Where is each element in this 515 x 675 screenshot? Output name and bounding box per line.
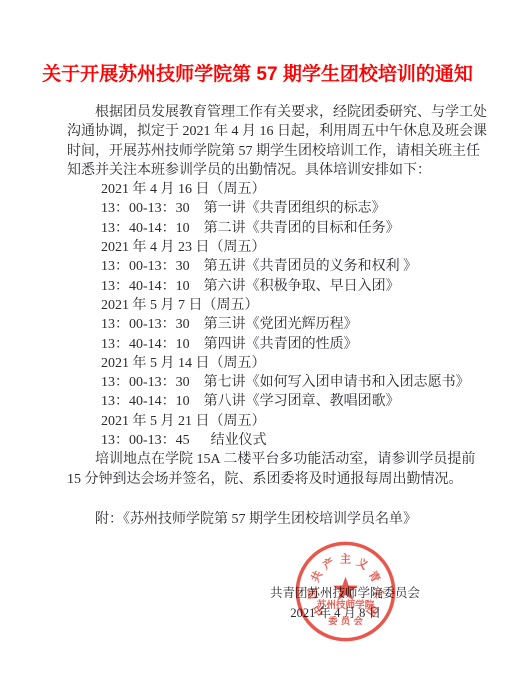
text-line: 2021 年 5 月 21 日（周五） [67,412,446,431]
text-line: 13：00-13：30 第五讲《共青团员的义务和权利 》 [67,257,446,276]
text-line: 沟通协调，拟定于 2021 年 4 月 16 日起，利用周五中午休息及班会课 [67,122,446,141]
signature-organization: 共青团苏州技师学院委员会 [67,584,446,603]
notice-document: 关于开展苏州技师学院第 57 期学生团校培训的通知 根据团员发展教育管理工作有关… [0,0,515,675]
text-line: 2021 年 4 月 16 日（周五） [67,180,446,199]
text-line: 时间，开展苏州技师学院第 57 期学生团校培训工作，请相关班主任 [67,142,446,161]
attachment-note: 附：《苏州技师学院第 57 期学生团校培训学员名单》 [67,510,446,529]
text-line: 13：40-14：10 第四讲《共青团的性质》 [67,335,446,354]
text-line: 13：00-13：45 结业仪式 [67,431,446,450]
text-line: 知悉并关注本班参训学员的出勤情况。具体培训安排如下： [67,161,446,180]
text-line: 根据团员发展教育管理工作有关要求，经院团委研究、与学工处 [67,103,446,122]
text-line: 2021 年 5 月 7 日（周五） [67,296,446,315]
text-line: 13：00-13：30 第一讲《共青团组织的标志》 [67,199,446,218]
text-line: 13：40-14：10 第八讲《学习团章、教唱团歌》 [67,392,446,411]
signature-date: 2021 年 4 月 8 日 [67,604,446,623]
text-line: 13：00-13：30 第七讲《如何写入团申请书和入团志愿书》 [67,373,446,392]
notice-body: 根据团员发展教育管理工作有关要求，经院团委研究、与学工处沟通协调，拟定于 202… [0,103,515,623]
notice-title: 关于开展苏州技师学院第 57 期学生团校培训的通知 [0,0,515,88]
text-line: 15 分钟到达会场并签名，院、系团委将及时通报每周出勤情况。 [67,470,446,489]
text-line: 13：00-13：30 第三讲《党团光辉历程》 [67,315,446,334]
text-line: 2021 年 5 月 14 日（周五） [67,354,446,373]
text-line: 附：《苏州技师学院第 57 期学生团校培训学员名单》 [67,510,446,529]
signature-block: 共青团苏州技师学院委员会 2021 年 4 月 8 日 [67,584,446,623]
text-line: 13：40-14：10 第六讲《积极争取、早日入团》 [67,277,446,296]
text-line: 2021 年 4 月 23 日（周五） [67,238,446,257]
training-schedule: 2021 年 4 月 16 日（周五）13：00-13：30 第一讲《共青团组织… [67,180,446,450]
intro-paragraph: 根据团员发展教育管理工作有关要求，经院团委研究、与学工处沟通协调，拟定于 202… [67,103,446,180]
text-line: 13：40-14：10 第二讲《共青团的目标和任务》 [67,219,446,238]
location-paragraph: 培训地点在学院 15A 二楼平台多功能活动室，请参训学员提前15 分钟到达会场并… [67,450,446,489]
text-line: 培训地点在学院 15A 二楼平台多功能活动室，请参训学员提前 [67,450,446,469]
